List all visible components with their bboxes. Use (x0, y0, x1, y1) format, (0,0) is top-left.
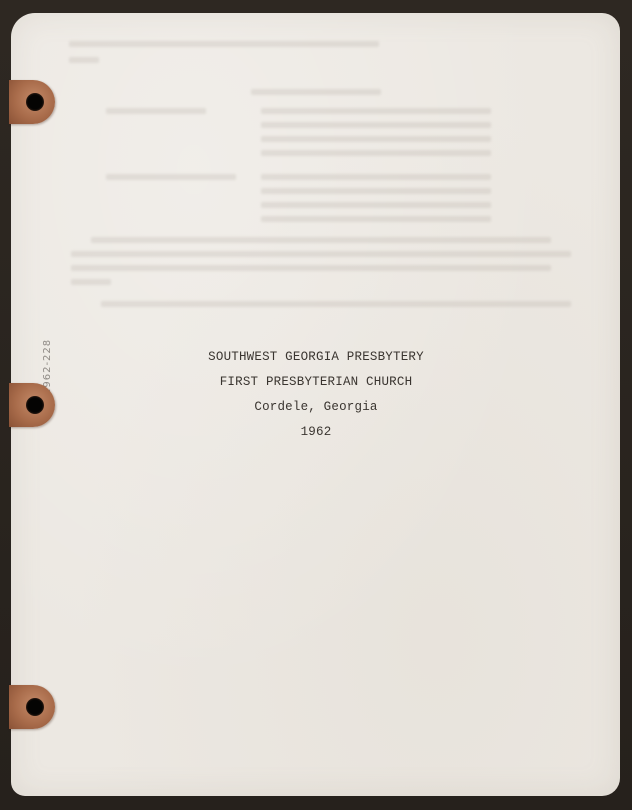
binding-tab-bottom (9, 685, 55, 729)
show-through-text (261, 136, 491, 142)
show-through-text (251, 89, 381, 95)
show-through-text (261, 108, 491, 114)
presbytery-name: SOUTHWEST GEORGIA PRESBYTERY (0, 345, 632, 370)
binding-hole-icon (26, 396, 44, 414)
show-through-text (69, 57, 99, 63)
show-through-text (69, 41, 379, 47)
binding-tab-top (9, 80, 55, 124)
show-through-text (71, 279, 111, 285)
year: 1962 (0, 420, 632, 445)
show-through-text (261, 216, 491, 222)
show-through-text (71, 251, 571, 257)
show-through-text (91, 237, 551, 243)
binding-hole-icon (26, 93, 44, 111)
show-through-text (261, 174, 491, 180)
location: Cordele, Georgia (0, 395, 632, 420)
show-through-text (106, 108, 206, 114)
show-through-text (106, 174, 236, 180)
title-block: SOUTHWEST GEORGIA PRESBYTERY FIRST PRESB… (0, 345, 632, 445)
show-through-text (261, 122, 491, 128)
show-through-text (101, 301, 571, 307)
binding-tab-middle (9, 383, 55, 427)
church-name: FIRST PRESBYTERIAN CHURCH (0, 370, 632, 395)
show-through-text (261, 150, 491, 156)
show-through-text (261, 202, 491, 208)
show-through-text (261, 188, 491, 194)
binding-hole-icon (26, 698, 44, 716)
show-through-text (71, 265, 551, 271)
